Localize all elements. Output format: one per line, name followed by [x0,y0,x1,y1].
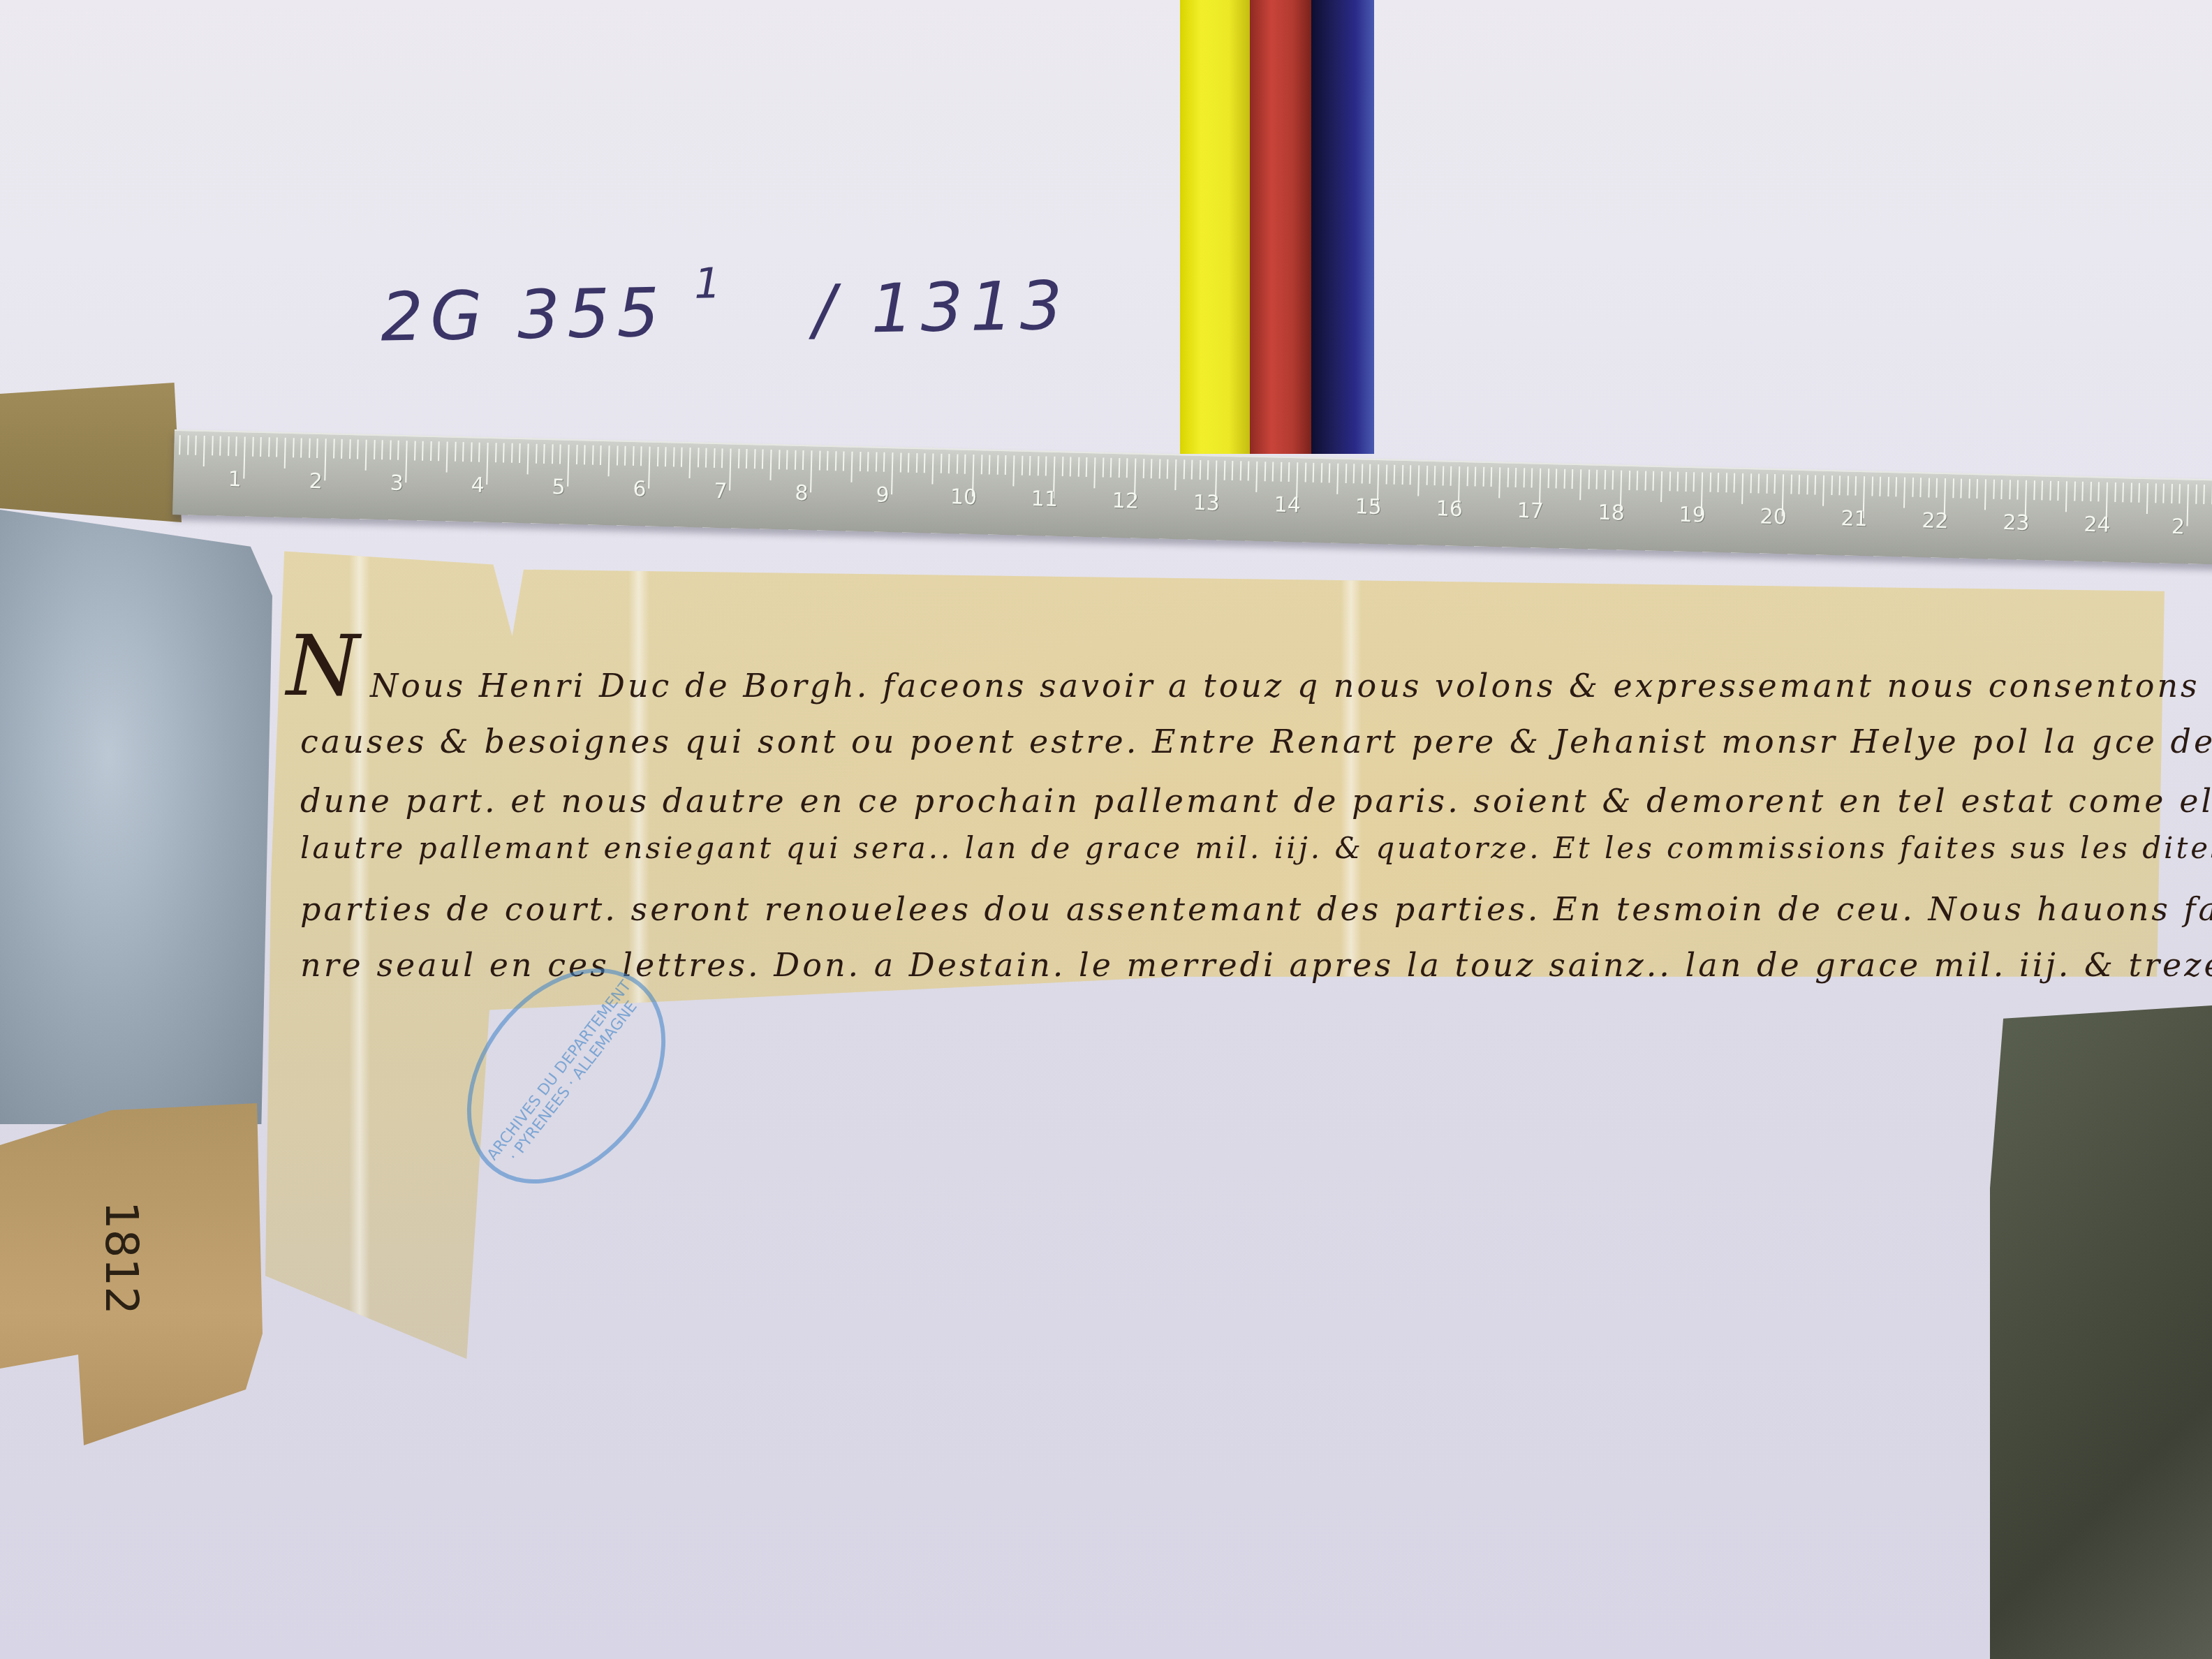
ruler-tick [1839,475,1841,495]
ruler-tick [1336,464,1339,494]
ruler-label: 10 [950,485,977,510]
yellow-pencil [1180,0,1250,454]
ruler-label: 16 [1436,496,1463,522]
ruler-tick [2146,483,2148,514]
ruler-tick [471,442,473,462]
ruler-tick [1078,457,1080,477]
ruler-label: 7 [714,479,728,503]
ruler-tick [876,452,878,472]
ruler-tick [729,448,731,490]
ruler-tick [673,447,675,466]
ruler-tick [1669,471,1671,491]
ruler-tick [778,450,780,469]
ruler-tick [397,441,399,460]
ruler-tick [1021,456,1023,475]
ruler-tick [1450,466,1452,486]
ruler-tick [309,438,311,458]
ruler-tick [511,443,513,463]
ruler-tick [1693,472,1695,492]
ruler-tick [1556,469,1558,488]
ruler-tick [1806,475,1808,494]
ruler-tick [2179,484,2181,503]
ruler-tick [705,448,707,468]
ruler-tick [1012,455,1015,486]
ruler-tick [559,444,561,464]
ruler-tick [2042,480,2044,500]
ruler-tick [746,449,748,469]
ruler-tick [721,448,723,468]
ruler-tick [2065,481,2067,512]
ruler-tick [478,443,480,462]
ruler-tick [1831,475,1833,495]
ruler-tick [2098,482,2100,501]
ruler-tick [1920,478,1922,497]
ruler-tick [235,436,237,456]
ruler-tick [2049,481,2051,501]
ruler-tick [357,439,359,459]
manuscript-line-3: dune part. et nous dautre en ce prochain… [300,782,2212,820]
ruler-label: 22 [1922,508,1949,533]
ruler-tick [1183,459,1185,479]
ruler-tick [1725,473,1727,492]
ruler-tick [1385,464,1387,484]
ruler-tick [600,445,602,465]
ruler-tick [1475,467,1477,487]
ruler-tick [859,452,861,471]
ruler-label: 1 [228,467,242,492]
ruler-tick [1604,470,1606,489]
ruler-tick [1361,464,1363,484]
ruler-tick [1272,462,1274,481]
ruler-tick [1628,471,1630,490]
ruler-tick [1588,469,1590,489]
ruler-tick [1685,472,1687,492]
ruler-tick [1353,464,1355,483]
ruler-tick [1410,465,1412,485]
ruler-tick [2162,484,2165,503]
blue-pencil [1311,0,1374,454]
ruler-tick [1151,459,1153,478]
ruler-tick [1774,474,1776,494]
ruler-tick [2122,482,2124,502]
ruler-tick [390,441,392,460]
ruler-tick [762,450,764,469]
ruler-tick [786,450,788,469]
ruler-label: 12 [1112,489,1139,514]
ruler-tick [657,447,659,466]
ruler-tick [1977,479,1979,499]
ruler-tick [536,444,538,464]
manuscript-line-5: parties de court. seront renouelees dou … [300,890,2212,928]
ruler-tick [243,436,245,478]
ruler-label: 2 [309,469,323,494]
manuscript-line-4: lautre pallemant ensiegant qui sera.. la… [300,831,2212,865]
ruler-tick [1515,468,1517,487]
ruler-tick [899,452,901,472]
ruler-tick [714,448,716,468]
ruler-tick [867,452,869,471]
ruler-label: 20 [1760,505,1787,530]
ruler-label: 2 [2171,515,2185,539]
ruler-tick [1531,469,1533,488]
ruler-tick [1304,463,1306,482]
ruler-tick [1110,458,1112,478]
ruler-tick [1709,473,1711,492]
stone-weight-left [0,510,272,1124]
ruler-tick [908,453,910,473]
catalog-number: 1313 [870,266,1070,348]
ruler-tick [989,455,991,475]
ruler-tick [543,444,545,464]
ruler-tick [883,452,885,472]
ruler-tick [940,454,942,473]
ruler-tick [1119,458,1121,478]
ruler-tick [1394,465,1396,485]
ruler-tick [519,443,521,463]
ruler-tick [268,437,270,457]
ruler-tick [1855,476,1857,496]
ruler-tick [624,446,626,466]
ruler-tick [187,435,189,455]
ruler-tick [203,436,205,466]
catalog-label: 2G 355 1 / 1313 [380,266,1070,356]
ruler-label: 18 [1598,501,1625,526]
ruler-tick [1871,476,1873,496]
ruler-tick [2009,480,2011,499]
ruler-tick [1207,460,1209,480]
ruler-tick [179,435,181,455]
ruler-tick [1653,471,1655,491]
ruler-tick [931,454,934,485]
ruler-tick [1191,460,1193,480]
ruler-tick [1401,465,1403,485]
ruler-tick [374,440,376,459]
ruler-tick [850,452,853,482]
ruler-tick [1434,466,1436,485]
ruler-tick [795,450,797,470]
ruler-tick [576,445,578,464]
catalog-series: 2G 355 [380,273,667,356]
ruler-tick [964,455,966,474]
ruler-label: 4 [471,473,485,497]
ruler-label: 11 [1031,487,1058,512]
ruler-tick [349,439,351,459]
ruler-tick [1734,473,1736,493]
ruler-tick [446,442,448,473]
ruler-tick [2001,480,2003,499]
ruler-label: 3 [390,471,404,496]
ruler-tick [381,440,383,459]
ruler-tick [1741,473,1743,504]
ruler-tick [1142,459,1144,478]
ruler-tick [567,445,569,487]
ruler-tick [486,443,488,485]
ruler-tick [527,443,529,474]
ruler-tick [1750,473,1752,493]
ruler-tick [681,448,683,467]
ruler-tick [1313,463,1315,482]
ruler-tick [1288,462,1290,482]
ruler-tick [2090,482,2092,501]
ruler-tick [1790,475,1792,494]
ruler-label: 6 [633,477,647,501]
ruler-tick [1264,462,1266,481]
ruler-tick [633,446,635,466]
ruler-tick [1239,461,1241,480]
ruler-tick [1563,469,1565,489]
ruler-tick [1903,478,1905,508]
ruler-tick [2139,483,2141,503]
ruler-tick [1912,478,1914,497]
ruler-tick [737,449,739,469]
ruler-tick [997,455,999,475]
ruler-tick [365,440,367,471]
ruler-tick [1086,457,1088,477]
tag-number: 1812 [95,1201,147,1315]
ruler-tick [810,450,812,492]
ruler-label: 15 [1355,494,1382,519]
ruler-tick [1369,464,1371,484]
ruler-tick [2203,485,2205,504]
ruler-tick [1612,470,1614,489]
ruler-tick [324,438,326,480]
ruler-tick [219,436,221,456]
ruler-label: 21 [1841,506,1868,531]
ruler-tick [1280,462,1282,482]
ruler-tick [333,439,335,459]
ruler-label: 23 [2003,510,2030,536]
ruler-tick [1507,468,1509,487]
ruler-tick [276,438,278,457]
ruler-label: 13 [1193,491,1220,516]
ruler-tick [1961,479,1963,499]
ruler-tick [1491,467,1493,487]
ruler-tick [648,447,650,489]
ruler-tick [769,450,772,480]
ruler-tick [916,453,918,473]
ruler-tick [818,451,820,471]
ruler-tick [462,442,464,462]
ruler-tick [1677,472,1679,492]
ruler-tick [300,438,302,457]
catalog-separator: / [812,270,843,349]
ruler-tick [2081,482,2084,501]
ruler-tick [1126,458,1128,478]
ruler-label: 5 [552,475,566,499]
ruler-tick [1718,473,1720,492]
ruler-tick [835,451,837,471]
ruler-tick [1329,463,1331,482]
ruler-tick [1952,478,1954,498]
ruler-tick [980,455,982,474]
ruler-tick [1887,477,1889,496]
ruler-tick [754,449,756,469]
ruler-tick [2074,481,2076,501]
manuscript-line-1: Nous Henri Duc de Borgh. faceons savoir … [370,667,2212,705]
ruler-tick [293,438,295,457]
ruler-tick [2114,482,2116,502]
ruler-tick [2171,484,2173,503]
ruler-tick [1158,459,1160,478]
ruler-tick [228,436,230,456]
ruler-tick [957,454,959,473]
ruler-tick [1968,479,1970,499]
ruler-tick [1644,471,1646,490]
ruler-label: 9 [876,483,890,508]
ruler-tick [1070,457,1072,476]
ruler-tick [1417,466,1420,496]
ruler-tick [1005,455,1007,475]
ruler-tick [1880,477,1882,496]
ruler-tick [1045,456,1047,475]
ruler-tick [1442,466,1444,485]
ruler-tick [1637,471,1639,490]
ruler-label: 24 [2084,513,2111,538]
ruler-tick [1799,475,1801,494]
ruler-tick [2155,483,2157,503]
ruler-tick [1936,478,1938,498]
ruler-tick [503,443,505,463]
ruler-tick [430,441,432,461]
ruler-tick [2186,484,2188,526]
ruler-tick [1498,467,1501,498]
ruler-label: 17 [1517,499,1544,524]
catalog-superscript: 1 [693,259,728,309]
ruler-tick [2130,482,2132,502]
tag-top [0,383,182,522]
ruler-tick [260,437,262,457]
ruler-tick [1660,471,1662,502]
ruler-tick [252,437,254,457]
ruler-tick [1061,457,1063,476]
ruler-tick [1822,475,1824,506]
ruler-label: 8 [795,481,809,506]
ruler-tick [1847,476,1849,496]
ruler-tick [1984,479,1986,510]
ruler-tick [2195,485,2197,504]
ruler-tick [1248,462,1250,481]
ruler-tick [592,445,594,465]
ruler-tick [455,442,457,462]
ruler-tick [1199,460,1201,480]
ruler-tick [1466,466,1468,486]
ruler-label: 19 [1679,503,1706,528]
ruler-tick [1547,469,1549,488]
manuscript-line-2: causes & besoignes qui sont ou poent est… [300,723,2212,760]
ruler-tick [2017,480,2019,500]
ruler-tick [1993,480,1995,499]
ruler-tick [212,436,214,455]
ruler-tick [843,451,845,471]
ruler-tick [802,450,804,470]
ruler-tick [316,438,318,458]
ruler-tick [608,445,610,476]
ruler-tick [196,436,198,455]
ruler-tick [422,441,424,461]
ruler-tick [2058,481,2060,501]
ruler-tick [1766,474,1768,494]
ruler-tick [1102,457,1104,477]
ruler-tick [1232,461,1234,480]
ruler-tick [1572,469,1574,489]
ruler-tick [665,447,667,466]
ruler-tick [617,445,619,465]
ruler-tick [640,446,642,466]
ruler-tick [1579,469,1581,500]
ruler-tick [1174,459,1177,490]
ruler-tick [1255,462,1258,492]
ruler-tick [405,441,407,482]
ruler-tick [2033,480,2035,500]
ruler-tick [924,453,926,473]
initial-letter: N [286,618,362,715]
ruler-tick [827,451,829,471]
ruler-tick [495,443,497,462]
ruler-tick [1345,464,1347,483]
ruler-tick [1928,478,1930,497]
ruler-tick [1896,477,1898,496]
ruler-tick [948,454,950,473]
ruler-tick [1482,467,1484,487]
ruler-tick [1596,470,1598,489]
ruler-tick [1426,466,1428,485]
ruler-tick [891,452,893,494]
ruler-tick [697,448,699,467]
ruler-tick [1167,459,1169,479]
ruler-tick [438,441,440,461]
ruler-label: 14 [1274,493,1301,518]
ruler-tick [1029,456,1031,475]
ruler-tick [284,438,286,469]
ruler-tick [1815,475,1817,494]
ruler-tick [1758,473,1760,493]
ruler-tick [1320,463,1322,482]
ruler-tick [341,439,343,459]
ruler-tick [689,448,691,478]
ruler-tick [1223,461,1225,480]
ruler-tick [414,441,416,460]
ruler-tick [1523,468,1525,487]
ruler-tick [1038,456,1040,475]
ruler-tick [1093,457,1096,488]
ruler-tick [584,445,586,464]
red-pencil [1250,0,1311,454]
ruler-tick [552,444,554,464]
stone-weight-right [1990,1005,2212,1659]
